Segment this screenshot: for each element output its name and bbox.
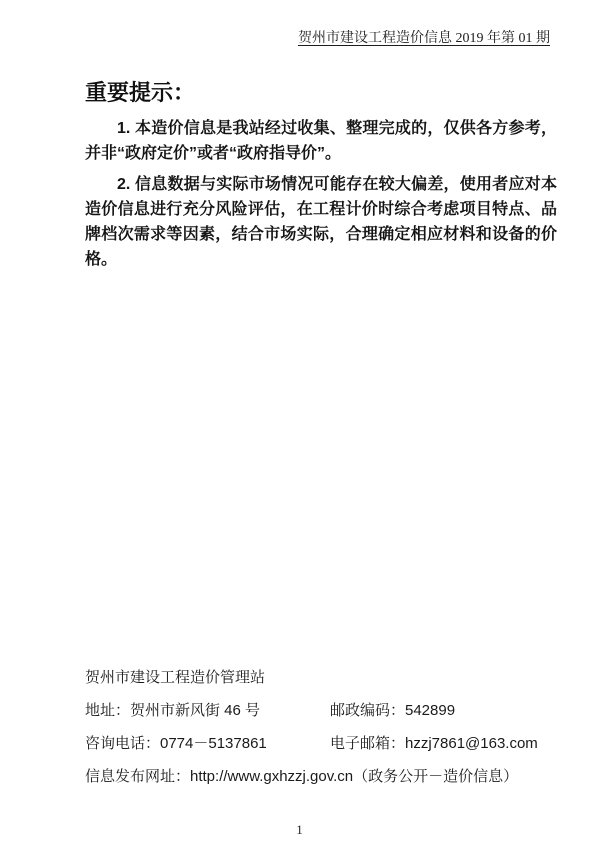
email-text: 电子邮箱：hzzj7861@163.com xyxy=(330,727,538,760)
issue-header: 贺州市建设工程造价信息 2019 年第 01 期 xyxy=(298,27,550,47)
address-text: 地址：贺州市新风街 46 号 xyxy=(85,694,260,727)
notice-paragraph-2: 2. 信息数据与实际市场情况可能存在较大偏差，使用者应对本造价信息进行充分风险评… xyxy=(85,172,557,272)
contact-section: 贺州市建设工程造价管理站 地址：贺州市新风街 46 号 邮政编码：542899 … xyxy=(85,661,575,793)
contact-row-2: 咨询电话：0774－5137861 电子邮箱：hzzj7861@163.com xyxy=(85,727,575,760)
phone-text: 咨询电话：0774－5137861 xyxy=(85,727,267,760)
notice-paragraph-1: 1. 本造价信息是我站经过收集、整理完成的，仅供各方参考，并非“政府定价”或者“… xyxy=(85,116,557,166)
postal-code-text: 邮政编码：542899 xyxy=(330,694,455,727)
page-number: 1 xyxy=(0,822,599,838)
notice-section: 重要提示： 1. 本造价信息是我站经过收集、整理完成的，仅供各方参考，并非“政府… xyxy=(85,80,557,278)
org-name: 贺州市建设工程造价管理站 xyxy=(85,661,575,694)
notice-title: 重要提示： xyxy=(85,80,557,106)
contact-row-1: 地址：贺州市新风街 46 号 邮政编码：542899 xyxy=(85,694,575,727)
website-text: 信息发布网址：http://www.gxhzzj.gov.cn（政务公开－造价信… xyxy=(85,760,575,793)
document-page: 贺州市建设工程造价信息 2019 年第 01 期 重要提示： 1. 本造价信息是… xyxy=(0,0,599,854)
